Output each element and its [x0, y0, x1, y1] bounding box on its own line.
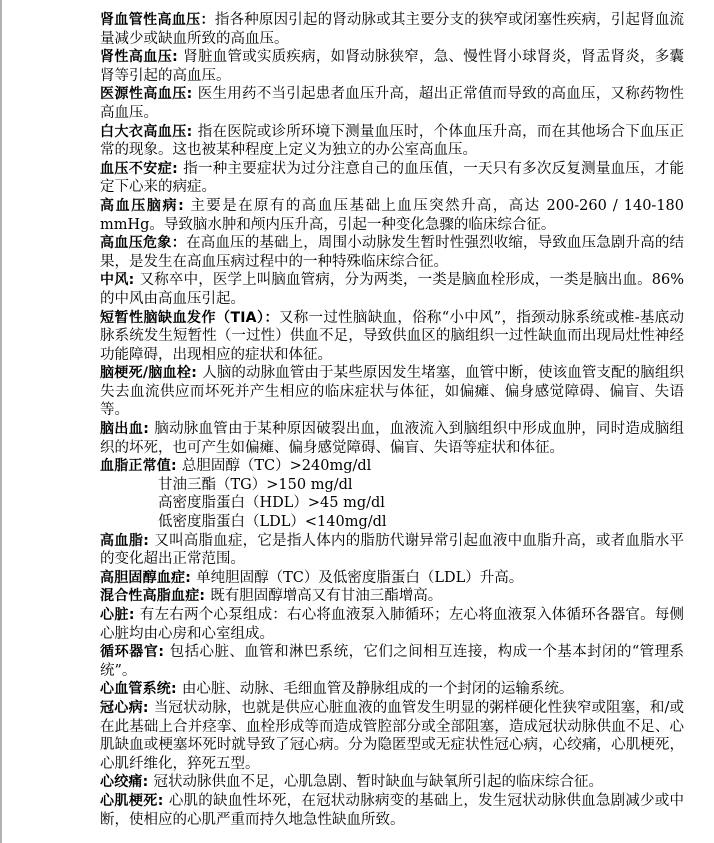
- term-label: 肾性高血压:: [100, 49, 183, 65]
- term-definition: 心肌的缺血性坏死，在冠状动脉病变的基础上，发生冠状动脉供血急剧减少或中断，使相应…: [100, 793, 684, 828]
- term-label: 中风:: [100, 272, 140, 288]
- glossary-entry: 高血压危象：在高血压的基础上，周围小动脉发生暂时性强烈收缩，导致血压急剧升高的结…: [100, 234, 684, 271]
- lipid-value: 低密度脂蛋白（LDL）<140mg/dl: [100, 513, 684, 532]
- glossary-entry: 血压不安症: 指一种主要症状为过分注意自己的血压值，一天只有多次反复测量血压，才…: [100, 160, 684, 197]
- term-label: 高血压危象：: [100, 235, 186, 251]
- term-definition: 当冠状动脉，也就是供应心脏血液的血管发生明显的粥样硬化性狭窄或阻塞，和/或在此基…: [100, 700, 684, 772]
- glossary-entry: 短暂性脑缺血发作（TIA）：又称一过性脑缺血，俗称“小中风”，指颈动脉系统或椎-…: [100, 309, 684, 365]
- glossary-entry: 混合性高脂血症: 既有胆固醇增高又有甘油三酯增高。: [100, 587, 684, 606]
- term-definition: 由心脏、动脉、毛细血管及静脉组成的一个封闭的运输系统。: [182, 681, 574, 697]
- term-label: 高血脂:: [100, 533, 154, 549]
- term-definition: 指一种主要症状为过分注意自己的血压值，一天只有多次反复测量血压，才能定下心来的病…: [100, 161, 684, 196]
- term-label: 白大衣高血压:: [100, 124, 198, 140]
- lipid-value: 甘油三酯（TG）>150 mg/dl: [100, 476, 684, 495]
- glossary-entry: 白大衣高血压: 指在医院或诊所环境下测量血压时，个体血压升高，而在其他场合下血压…: [100, 123, 684, 160]
- term-label: 循环器官:: [100, 644, 170, 660]
- document-page: 肾血管性高血压：指各种原因引起的肾动脉或其主要分支的狭窄或闭塞性疾病，引起肾血流…: [0, 0, 714, 843]
- glossary-entry: 心脏: 有左右两个心泵组成：右心将血液泵入肺循环；左心将血液泵入体循环各器官。每…: [100, 606, 684, 643]
- glossary-entry: 心血管系统: 由心脏、动脉、毛细血管及静脉组成的一个封闭的运输系统。: [100, 680, 684, 699]
- term-definition: 又称卒中，医学上叫脑血管病，分为两类，一类是脑血栓形成，一类是脑出血。86%的中…: [100, 272, 684, 307]
- glossary-entry: 脑出血: 脑动脉血管由于某种原因破裂出血，血液流入到脑组织中形成血肿，同时造成脑…: [100, 420, 684, 457]
- term-label: 肾血管性高血压：: [100, 12, 215, 28]
- term-definition: 有左右两个心泵组成：右心将血液泵入肺循环；左心将血液泵入体循环各器官。每侧心脏均…: [100, 607, 684, 642]
- term-definition: 在高血压的基础上，周围小动脉发生暂时性强烈收缩，导致血压急剧升高的结果，是发生在…: [100, 235, 684, 270]
- glossary-entry: 高血压脑病: 主要是在原有的高血压基础上血压突然升高，高达 200-260 / …: [100, 197, 684, 234]
- glossary-entry: 高胆固醇血症: 单纯胆固醇（TC）及低密度脂蛋白（LDL）升高。: [100, 569, 684, 588]
- term-definition: 单纯胆固醇（TC）及低密度脂蛋白（LDL）升高。: [196, 570, 523, 586]
- glossary-entry: 肾性高血压: 肾脏血管或实质疾病，如肾动脉狭窄，急、慢性肾小球肾炎，肾盂肾炎，多…: [100, 48, 684, 85]
- term-label: 脑出血:: [100, 421, 154, 437]
- lipid-value: 总胆固醇（TC）>240mg/dl: [182, 458, 371, 474]
- term-definition: 冠状动脉供血不足，心肌急剧、暂时缺血与缺氧所引起的临床综合征。: [153, 774, 603, 790]
- term-label: 血压不安症:: [100, 161, 183, 177]
- term-label: 医源性高血压:: [100, 86, 198, 102]
- term-label: 短暂性脑缺血发作（TIA）：: [100, 310, 279, 326]
- term-label: 心脏:: [100, 607, 140, 623]
- lipid-value: 高密度脂蛋白（HDL）>45 mg/dl: [100, 494, 684, 513]
- glossary-entry: 冠心病: 当冠状动脉，也就是供应心脏血液的血管发生明显的粥样硬化性狭窄或阻塞，和…: [100, 699, 684, 773]
- term-label: 高血压脑病:: [100, 198, 190, 214]
- glossary-entry: 高血脂: 又叫高脂血症，它是指人体内的脂肪代谢异常引起血液中血脂升高，或者血脂水…: [100, 532, 684, 569]
- term-label: 冠心病:: [100, 700, 154, 716]
- term-definition: 既有胆固醇增高又有甘油三酯增高。: [210, 588, 442, 604]
- glossary-entry: 心绞痛: 冠状动脉供血不足，心肌急剧、暂时缺血与缺氧所引起的临床综合征。: [100, 773, 684, 792]
- term-label: 脑梗死/脑血栓:: [100, 365, 202, 381]
- term-label: 心肌梗死:: [100, 793, 169, 809]
- glossary-entry: 脑梗死/脑血栓: 人脑的动脉血管由于某些原因发生堵塞，血管中断，使该血管支配的脑…: [100, 364, 684, 420]
- glossary-entry: 医源性高血压: 医生用药不当引起患者血压升高，超出正常值而导致的高血压，又称药物…: [100, 85, 684, 122]
- glossary-list: 肾血管性高血压：指各种原因引起的肾动脉或其主要分支的狭窄或闭塞性疾病，引起肾血流…: [100, 11, 684, 829]
- term-label: 血脂正常值:: [100, 458, 182, 474]
- glossary-entry: 循环器官: 包括心脏、血管和淋巴系统，它们之间相互连接，构成一个基本封闭的“管理…: [100, 643, 684, 680]
- term-label: 心绞痛:: [100, 774, 153, 790]
- glossary-entry: 心肌梗死: 心肌的缺血性坏死，在冠状动脉病变的基础上，发生冠状动脉供血急剧减少或…: [100, 792, 684, 829]
- glossary-entry: 肾血管性高血压：指各种原因引起的肾动脉或其主要分支的狭窄或闭塞性疾病，引起肾血流…: [100, 11, 684, 48]
- term-definition: 脑动脉血管由于某种原因破裂出血，血液流入到脑组织中形成血肿，同时造成脑组织的坏死…: [100, 421, 684, 456]
- glossary-entry: 血脂正常值: 总胆固醇（TC）>240mg/dl甘油三酯（TG）>150 mg/…: [100, 457, 684, 531]
- term-label: 心血管系统:: [100, 681, 182, 697]
- glossary-entry: 中风: 又称卒中，医学上叫脑血管病，分为两类，一类是脑血栓形成，一类是脑出血。8…: [100, 271, 684, 308]
- term-definition: 肾脏血管或实质疾病，如肾动脉狭窄，急、慢性肾小球肾炎，肾盂肾炎，多囊肾等引起的高…: [100, 49, 684, 84]
- term-label: 高胆固醇血症:: [100, 570, 196, 586]
- term-label: 混合性高脂血症:: [100, 588, 210, 604]
- term-definition: 又叫高脂血症，它是指人体内的脂肪代谢异常引起血液中血脂升高，或者血脂水平的变化超…: [100, 533, 684, 568]
- term-definition: 包括心脏、血管和淋巴系统，它们之间相互连接，构成一个基本封闭的“管理系统”。: [100, 644, 684, 679]
